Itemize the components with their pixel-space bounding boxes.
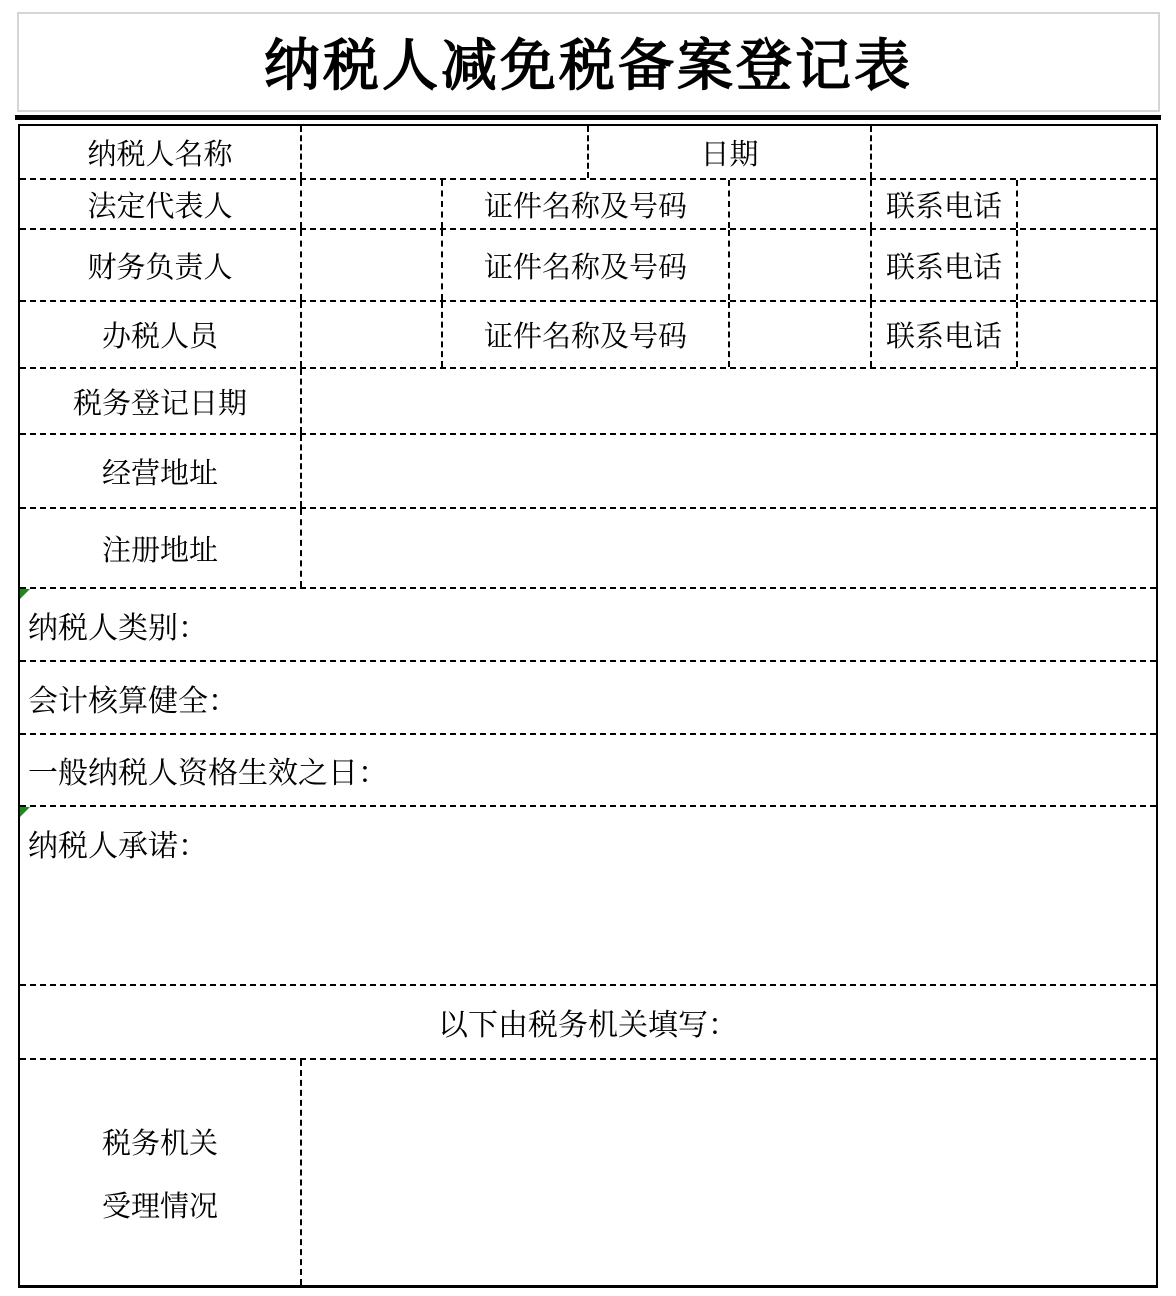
authority-acceptance-field[interactable] xyxy=(300,1060,1156,1285)
tax-registration-date-label: 税务登记日期 xyxy=(20,369,300,433)
accounting-soundness-label: 会计核算健全： xyxy=(28,676,238,720)
table-row-accounting-soundness[interactable]: 会计核算健全： xyxy=(20,662,1156,735)
finance-manager-cert-field[interactable] xyxy=(728,230,870,300)
legal-representative-label: 法定代表人 xyxy=(20,180,300,228)
business-address-label: 经营地址 xyxy=(20,435,300,507)
form-title-box: 纳税人减免税备案登记表 xyxy=(17,12,1160,112)
title-separator-rule xyxy=(15,115,1161,120)
authority-acceptance-label-line2: 受理情况 xyxy=(102,1184,218,1225)
tax-clerk-phone-field[interactable] xyxy=(1016,302,1156,367)
tax-form-page: 纳税人减免税备案登记表 纳税人名称 日期 法定代表人 证件名称及号码 联系电话 … xyxy=(0,0,1176,1296)
tax-clerk-name-field[interactable] xyxy=(300,302,441,367)
legal-representative-phone-label: 联系电话 xyxy=(870,180,1016,228)
authority-header-label: 以下由税务机关填写： xyxy=(438,1000,738,1044)
authority-acceptance-label-line1: 税务机关 xyxy=(102,1121,218,1162)
tax-clerk-phone-label: 联系电话 xyxy=(870,302,1016,367)
finance-manager-name-field[interactable] xyxy=(300,230,441,300)
legal-representative-cert-label: 证件名称及号码 xyxy=(441,180,728,228)
table-row-tax-registration-date: 税务登记日期 xyxy=(20,369,1156,435)
registration-table: 纳税人名称 日期 法定代表人 证件名称及号码 联系电话 财务负责人 证件名称及号… xyxy=(18,124,1158,1288)
taxpayer-commitment-label: 纳税人承诺： xyxy=(28,830,208,863)
finance-manager-phone-field[interactable] xyxy=(1016,230,1156,300)
table-row-general-taxpayer-effective-date[interactable]: 一般纳税人资格生效之日： xyxy=(20,735,1156,807)
green-triangle-cell-indicator-icon xyxy=(20,589,30,599)
tax-clerk-cert-field[interactable] xyxy=(728,302,870,367)
finance-manager-label: 财务负责人 xyxy=(20,230,300,300)
taxpayer-name-label: 纳税人名称 xyxy=(20,126,300,178)
business-address-field[interactable] xyxy=(300,435,1156,507)
legal-representative-name-field[interactable] xyxy=(300,180,441,228)
green-triangle-cell-indicator-icon xyxy=(20,807,30,817)
table-row-taxpayer-name: 纳税人名称 日期 xyxy=(20,126,1156,180)
table-row-business-address: 经营地址 xyxy=(20,435,1156,509)
date-field[interactable] xyxy=(870,126,1156,178)
finance-manager-cert-label: 证件名称及号码 xyxy=(441,230,728,300)
legal-representative-phone-field[interactable] xyxy=(1016,180,1156,228)
taxpayer-category-label: 纳税人类别： xyxy=(28,603,208,647)
table-row-finance-manager: 财务负责人 证件名称及号码 联系电话 xyxy=(20,230,1156,302)
tax-registration-date-field[interactable] xyxy=(300,369,1156,433)
table-row-registered-address: 注册地址 xyxy=(20,509,1156,589)
tax-clerk-cert-label: 证件名称及号码 xyxy=(441,302,728,367)
form-title: 纳税人减免税备案登记表 xyxy=(264,22,913,102)
table-row-authority-acceptance: 税务机关 受理情况 xyxy=(20,1060,1156,1285)
registered-address-field[interactable] xyxy=(300,509,1156,587)
tax-clerk-label: 办税人员 xyxy=(20,302,300,367)
table-row-tax-clerk: 办税人员 证件名称及号码 联系电话 xyxy=(20,302,1156,369)
table-row-taxpayer-category[interactable]: 纳税人类别： xyxy=(20,589,1156,662)
table-row-legal-representative: 法定代表人 证件名称及号码 联系电话 xyxy=(20,180,1156,230)
authority-acceptance-label: 税务机关 受理情况 xyxy=(20,1060,300,1285)
registered-address-label: 注册地址 xyxy=(20,509,300,587)
taxpayer-name-field[interactable] xyxy=(300,126,587,178)
finance-manager-phone-label: 联系电话 xyxy=(870,230,1016,300)
general-taxpayer-effective-date-label: 一般纳税人资格生效之日： xyxy=(28,748,388,792)
date-label: 日期 xyxy=(587,126,870,178)
legal-representative-cert-field[interactable] xyxy=(728,180,870,228)
table-row-authority-header: 以下由税务机关填写： xyxy=(20,986,1156,1060)
table-row-taxpayer-commitment[interactable]: 纳税人承诺： xyxy=(20,807,1156,986)
